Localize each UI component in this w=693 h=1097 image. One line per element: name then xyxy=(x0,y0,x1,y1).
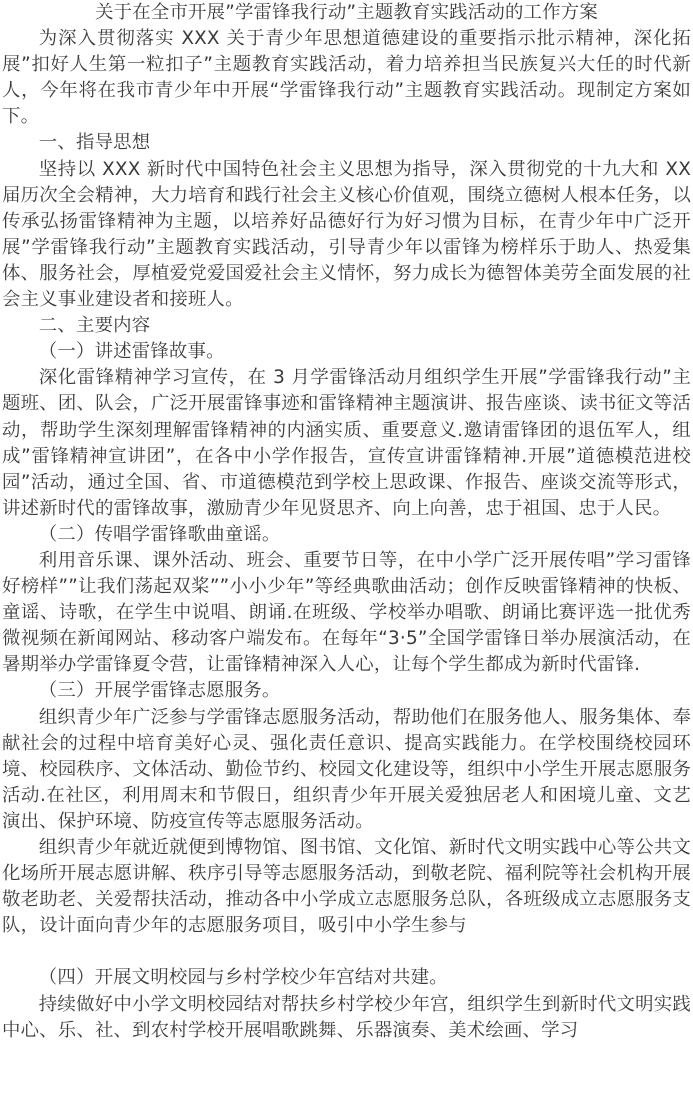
subsection-heading-songs: （二）传唱学雷锋歌曲童谣。 xyxy=(2,522,691,548)
subsection-heading-volunteer-service: （三）开展学雷锋志愿服务。 xyxy=(2,678,691,704)
subsection-heading-school-pairing: （四）开展文明校园与乡村学校少年宫结对共建。 xyxy=(2,965,691,991)
intro-paragraph: 为深入贯彻落实 XXX 关于青少年思想道德建设的重要指示批示精神，深化拓展”扣好… xyxy=(2,26,691,130)
paragraph-volunteer-service-2: 组织青少年就近就便到博物馆、图书馆、文化馆、新时代文明实践中心等公共文化场所开展… xyxy=(2,835,691,939)
paragraph-lei-feng-stories: 深化雷锋精神学习宣传，在 3 月学雷锋活动月组织学生开展”学雷锋我行动”主题班、… xyxy=(2,365,691,522)
document-title: 关于在全市开展”学雷锋我行动”主题教育实践活动的工作方案 xyxy=(2,0,691,26)
paragraph-songs: 利用音乐课、课外活动、班会、重要节日等，在中小学广泛开展传唱”学习雷锋好榜样””… xyxy=(2,548,691,678)
paragraph-school-pairing: 持续做好中小学文明校园结对帮扶乡村学校少年宫，组织学生到新时代文明实践中心、乐、… xyxy=(2,992,691,1044)
section-heading-guiding-thought: 一、指导思想 xyxy=(2,130,691,156)
section-heading-main-content: 二、主要内容 xyxy=(2,313,691,339)
document-body: 关于在全市开展”学雷锋我行动”主题教育实践活动的工作方案 为深入贯彻落实 XXX… xyxy=(0,0,693,1044)
paragraph-volunteer-service-1: 组织青少年广泛参与学雷锋志愿服务活动，帮助他们在服务他人、服务集体、奉献社会的过… xyxy=(2,705,691,835)
paragraph-guiding-thought: 坚持以 XXX 新时代中国特色社会主义思想为指导，深入贯彻党的十九大和 XX 届… xyxy=(2,157,691,314)
subsection-heading-lei-feng-stories: （一）讲述雷锋故事。 xyxy=(2,339,691,365)
blank-line xyxy=(2,939,691,965)
